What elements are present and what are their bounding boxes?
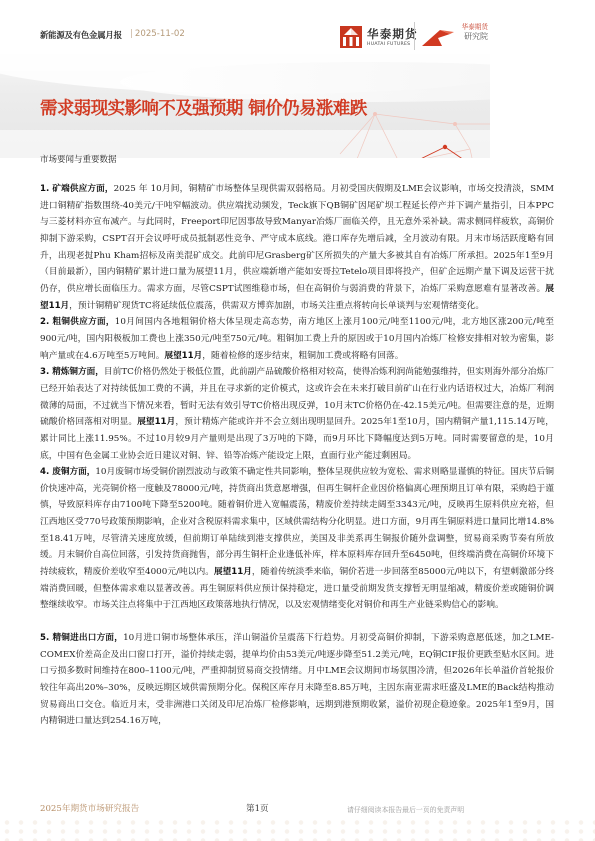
paragraph-lead: 5. 精铜进出口方面， — [40, 633, 123, 643]
outlook-lead: 展望11月 — [214, 567, 252, 577]
report-name: 新能源及有色金属月报 — [40, 29, 122, 41]
header-separator: | — [130, 29, 133, 39]
institute-line2: 研究院 — [452, 32, 488, 42]
huatai-futures-logo-icon — [340, 26, 362, 48]
report-date-value: 2025-11-02 — [135, 29, 185, 39]
paragraph-import-export: 5. 精铜进出口方面，10月进口铜市场整体承压，洋山铜溢价呈震荡下行趋势。月初受… — [40, 630, 554, 730]
paragraph-text: 10月进口铜市场整体承压，洋山铜溢价呈震荡下行趋势。月初受高铜价抑制，下游采购意… — [40, 633, 554, 726]
paragraph-text: ，随着检修的逐步结束，粗铜加工费或将略有回落。 — [202, 351, 403, 361]
paragraph-blister-supply: 2. 粗铜供应方面，10月间国内各地粗铜价格大体呈现走高态势，南方地区上涨月10… — [40, 314, 554, 364]
page-title: 需求弱现实影响不及强预期 铜价仍易涨难跌 — [40, 95, 367, 120]
section-title: 市场要闻与重要数据 — [40, 153, 117, 165]
institute-arrow-icon — [420, 26, 456, 48]
paragraph-mine-supply: 1. 矿端供应方面，2025 年 10月间，铜精矿市场整体呈现供需双弱格局。月初… — [40, 181, 554, 314]
report-date: |2025-11-02 — [130, 29, 185, 39]
paragraph-lead: 1. 矿端供应方面， — [40, 184, 114, 194]
outlook-lead: 展望11月 — [164, 351, 202, 361]
logo-name-en: HUATAI FUTURES — [367, 42, 418, 47]
huatai-futures-logo: 华泰期货 HUATAI FUTURES — [340, 22, 418, 52]
paragraph-lead: 3. 精炼铜方面， — [40, 367, 104, 377]
footer-pattern — [0, 818, 595, 841]
report-body: 1. 矿端供应方面，2025 年 10月间，铜精矿市场整体呈现供需双弱格局。月初… — [40, 181, 554, 730]
paragraph-scrap-copper: 4. 废铜方面，10月废铜市场受铜价剧烈波动与政策不确定性共同影响，整体呈现供应… — [40, 464, 554, 614]
paragraph-text: ，预计铜精矿现货TC将延续低位震荡，供需双方博弈加剧，市场关注重点将转向长单谈判… — [69, 301, 484, 311]
disclaimer-note: 请仔细阅读本报告最后一页的免责声明 — [347, 804, 464, 814]
footer-report-label: 2025年期货市场研究报告 — [40, 802, 139, 814]
paragraph-lead: 2. 粗铜供应方面， — [40, 317, 115, 327]
logo-divider — [414, 22, 415, 50]
paragraph-text: 2025 年 10月间，铜精矿市场整体呈现供需双弱格局。月初受国庆假期及LME会… — [40, 184, 554, 294]
paragraph-text: 10月废铜市场受铜价剧烈波动与政策不确定性共同影响，整体呈现供应较为宽松、需求则… — [40, 467, 554, 577]
institute-line1: 华泰期货 — [452, 23, 488, 32]
paragraph-refined-copper: 3. 精炼铜方面，目前TC价格仍然处于极低位置，此前副产品硫酸价格相对较高，使得… — [40, 364, 554, 464]
logo-name-cn: 华泰期货 — [367, 28, 418, 41]
outlook-lead: 展望11月 — [137, 417, 175, 427]
institute-label: 华泰期货 研究院 — [452, 23, 488, 42]
page-number: 第1页 — [246, 802, 269, 814]
paragraph-lead: 4. 废铜方面， — [40, 467, 95, 477]
page-header: 新能源及有色金属月报 |2025-11-02 华泰期货 HUATAI FUTUR… — [0, 0, 595, 54]
